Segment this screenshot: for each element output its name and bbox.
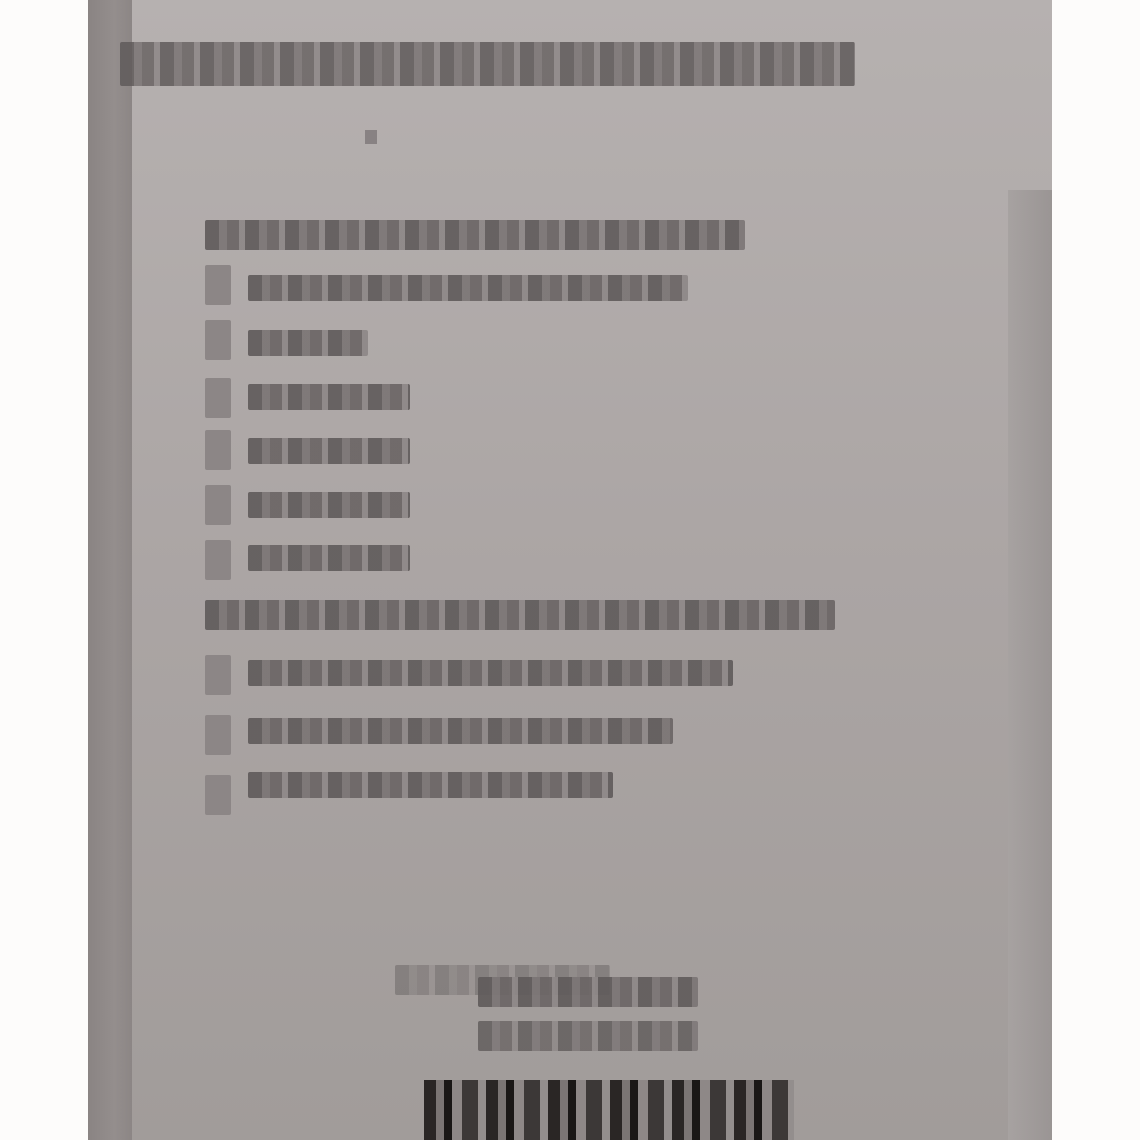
list-item: [unreadable item] <box>248 275 688 301</box>
checkbox-icon <box>205 655 231 695</box>
price-block: [unreadable] [unreadable] [unreadable] <box>395 965 620 1060</box>
checkbox-icon <box>205 715 231 755</box>
list-item: [unreadable item] <box>248 438 410 464</box>
checkbox-icon <box>205 378 231 418</box>
title-mark <box>365 130 377 144</box>
list-item: [unreadable item] <box>248 772 613 798</box>
package-spine <box>88 0 132 1140</box>
list-item: [unreadable item] <box>248 384 410 410</box>
section-heading-2: [unreadable heading] <box>205 600 835 630</box>
checkbox-icon <box>205 485 231 525</box>
list-item: [unreadable item] <box>248 545 410 571</box>
package-title: [unreadable title] <box>120 42 855 86</box>
price-line: [unreadable] <box>478 1021 698 1051</box>
list-item: [unreadable item] <box>248 492 410 518</box>
checkbox-icon <box>205 265 231 305</box>
list-item: [unreadable item] <box>248 718 673 744</box>
checkbox-icon <box>205 775 231 815</box>
section-heading-1: [unreadable heading] <box>205 220 745 250</box>
barcode-icon: barcode <box>424 1080 794 1140</box>
list-item: [unreadable item] <box>248 330 368 356</box>
checkbox-icon <box>205 430 231 470</box>
list-item: [unreadable item] <box>248 660 733 686</box>
checkbox-icon <box>205 540 231 580</box>
checkbox-icon <box>205 320 231 360</box>
price-line: [unreadable] <box>478 977 698 1007</box>
package-side-edge <box>1008 190 1052 1140</box>
